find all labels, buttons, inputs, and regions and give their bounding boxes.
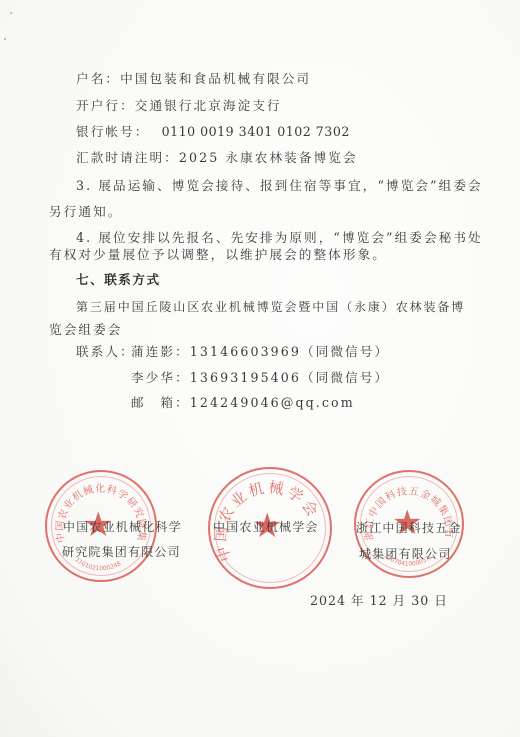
signatory-1-line-1: 中国农业机械化科学: [63, 518, 182, 535]
section-heading-contact: 七、联系方式: [76, 272, 161, 288]
organizer-line-2: 览会组委会: [49, 322, 122, 338]
account-number-row: 银行帐号： 0110 0019 3401 0102 7302: [76, 124, 350, 140]
signatory-3-line-2: 城集团有限公司: [359, 545, 451, 562]
item-3-line-1: 3. 展品运输、博览会接待、报到住宿等事宜，“博览会”组委会: [76, 178, 483, 194]
item-4-line-1: 4. 展位安排以先报名、先安排为原则，“博览会”组委会秘书处: [76, 230, 483, 246]
signatory-2-name: 中国农业机械学会: [213, 518, 319, 535]
signatory-3-line-1: 浙江中国科技五金: [356, 519, 462, 536]
document-page: 户名：中国包装和食品机械有限公司 开户行：交通银行北京海淀支行 银行帐号： 01…: [0, 0, 520, 737]
bank-name: 开户行：交通银行北京海淀支行: [76, 98, 282, 114]
contact-person-1: 蒲连影：13146603969（同微信号）: [131, 344, 389, 360]
item-4-line-2: 有权对少量展位予以调整，以维护展会的整体形象。: [49, 247, 387, 263]
remittance-remark: 汇款时请注明：2025 永康农林装备博览会: [76, 150, 358, 166]
contact-person-2: 李少华：13693195406（同微信号）: [131, 370, 389, 386]
account-number: 0110 0019 3401 0102 7302: [162, 124, 350, 139]
signatory-1-line-2: 研究院集团有限公司: [62, 543, 181, 560]
account-name: 户名：中国包装和食品机械有限公司: [76, 71, 311, 87]
document-date: 2024 年 12 月 30 日: [310, 593, 448, 609]
contact-email: 邮 箱：124249046@qq.com: [131, 395, 355, 411]
paper-speck: [10, 12, 12, 14]
contacts-label: 联系人：: [76, 344, 135, 360]
paper-speck: [4, 38, 6, 40]
item-3-line-2: 另行通知。: [49, 204, 122, 220]
account-number-label: 银行帐号：: [76, 124, 149, 139]
organizer-line-1: 第三届中国丘陵山区农业机械博览会暨中国（永康）农林装备博: [76, 299, 465, 315]
